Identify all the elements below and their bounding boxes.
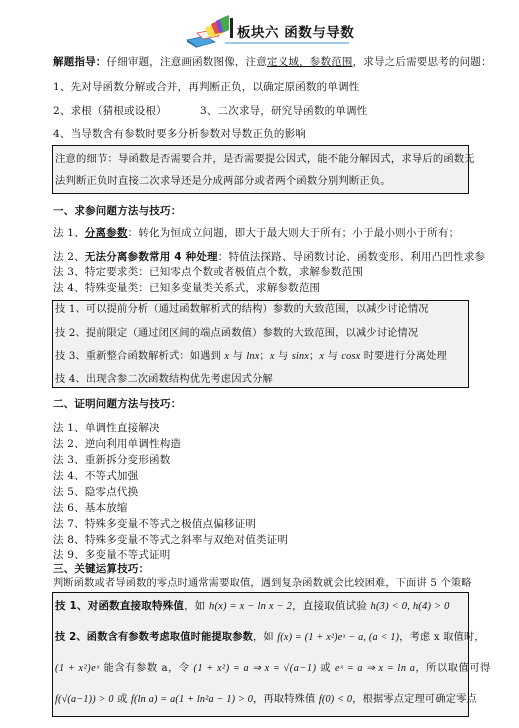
method-2: 法 2、无法分离参数常用 4 种处理：特值法探路、导函数讨论、函数变形、利用凸凹…: [53, 250, 485, 264]
tip3-text: ；: [259, 351, 269, 362]
math-func: lnx: [246, 351, 259, 362]
tip-text: 能含有参数 a，令: [100, 663, 194, 674]
tip3-text: 与: [324, 351, 341, 362]
tip-bold: 技 2、函数含有参数考虑取值时能提取参数: [55, 632, 253, 643]
method-prefix: 法 3、: [53, 266, 85, 278]
proof-method-9: 法 9、多变量不等式证明: [53, 548, 170, 562]
math-expression: h(3) < 0, h(4) > 0: [371, 601, 450, 612]
tip-bold: 技 1、对函数直接取特殊值: [55, 600, 184, 612]
calc-tip-1: 技 1、对函数直接取特殊值，如 h(x) = x − ln x − 2，直接取值…: [55, 599, 450, 614]
math-expression: f(√(a−1)) > 0: [55, 694, 114, 705]
method-prefix: 法 1、: [53, 227, 85, 239]
method-text: 特殊变量类：已知多变量类关系式，求解参数范围: [85, 282, 320, 294]
document-page: 板块六 函数与导数 解题指导：仔细审题，注意画函数图像，注意定义域，参数范围，求…: [0, 0, 519, 728]
guide-label: 解题指导：: [53, 56, 107, 68]
math-expression: f(ln a) = a(1 + ln²a − 1) > 0: [131, 694, 253, 705]
proof-method-5: 法 5、隐零点代换: [53, 485, 138, 499]
guide-item-1: 1、先对导函数分解或合并，再判断正负，以确定原函数的单调性: [53, 80, 359, 94]
guide-item-3: 3、二次求导，研究导函数的单调性: [200, 104, 367, 118]
calc-tip-2-line3: f(√(a−1)) > 0 或 f(ln a) = a(1 + ln²a − 1…: [55, 693, 477, 707]
note-line-2: 法判断正负时直接二次求导还是分成两部分或者两个函数分别判断正负。: [55, 174, 391, 188]
proof-method-7: 法 7、特殊多变量不等式之极值点偏移证明: [53, 517, 256, 531]
tip-text: ，所以取值可得: [415, 663, 491, 674]
tip-text: 或: [317, 663, 335, 674]
math-expression: (1 + x²) = a ⇒ x = √(a−1): [194, 663, 317, 674]
method-bold: 无法分离参数常用 4 种处理: [85, 251, 218, 263]
guide-text-after: ，求导之后需要思考的问题：: [353, 56, 492, 68]
guide-item-2: 2、求根（猜根或设根）: [53, 104, 167, 118]
page-title: 板块六 函数与导数: [237, 21, 354, 41]
tip-text: ，考虑 x 取值时，: [399, 632, 485, 643]
tip-4: 技 4、出现含参二次函数结构优先考虑因式分解: [55, 373, 273, 387]
tip-text: ，如: [253, 632, 277, 643]
tip3-text: 与: [229, 351, 246, 362]
tip-3: 技 3、重新整合函数解析式：如遇到 x 与 lnx；x 与 sinx；x 与 c…: [55, 350, 447, 364]
tip-text: ，直接取值试验: [292, 600, 370, 612]
math-expression: f(x) = (1 + x²)eˣ − a, (a < 1): [277, 632, 399, 643]
note-line-1: 注意的细节：导函数是否需要合并，是否需要提公因式，能不能分解因式，求导后的函数无: [55, 152, 475, 166]
guide-underlined: 定义域，参数范围: [267, 56, 353, 68]
section1-title: 一、求参问题方法与技巧：: [53, 204, 181, 218]
tip3-text: 与: [275, 351, 292, 362]
title-underline: [225, 42, 349, 44]
tip3-text: 技 3、重新整合函数解析式：如遇到: [55, 351, 224, 362]
method-text: ：转化为恒成立问题，即大于最大则大于所有；小于最小则小于所有；: [128, 227, 460, 239]
section-header: 板块六 函数与导数: [185, 14, 355, 48]
method-bold: 分离参数: [85, 227, 128, 239]
proof-method-8: 法 8、特殊多变量不等式之斜率与双绝对值类证明: [53, 533, 288, 547]
method-3: 法 3、特定要求类：已知零点个数或者极值点个数，求解参数范围: [53, 265, 363, 279]
proof-method-6: 法 6、基本放缩: [53, 501, 128, 515]
math-expression: eˣ = a ⇒ x = ln a: [335, 663, 415, 674]
method-text: ：特值法探路、导函数讨论、函数变形、利用凸凹性求参: [218, 251, 486, 263]
guide-line: 解题指导：仔细审题，注意画函数图像，注意定义域，参数范围，求导之后需要思考的问题…: [53, 55, 492, 69]
math-expression: f(0) < 0: [319, 694, 352, 705]
math-func: sinx: [292, 351, 309, 362]
section3-title: 三、关键运算技巧：: [53, 562, 149, 576]
math-expression: (1 + x²)eˣ: [55, 663, 100, 674]
tip-1: 技 1、可以提前分析（通过函数解析式的结构）参数的大致范围，以减少讨论情况: [55, 303, 429, 317]
proof-method-2: 法 2、逆向利用单调性构造: [53, 437, 181, 451]
proof-method-4: 法 4、不等式加强: [53, 469, 138, 483]
proof-method-1: 法 1、单调性直接解决: [53, 421, 160, 435]
method-text: 特定要求类：已知零点个数或者极值点个数，求解参数范围: [85, 266, 363, 278]
guide-item-4: 4、当导数含有参数时要多分析参数对导数正负的影响: [53, 127, 306, 141]
proof-method-3: 法 3、重新拆分变形函数: [53, 453, 170, 467]
math-func: cosx: [341, 351, 360, 362]
method-prefix: 法 2、: [53, 251, 85, 263]
tip-text: ，如: [184, 600, 209, 612]
section3-intro: 判断函数或者导函数的零点时通常需要取值，遇到复杂函数就会比较困难，下面讲 5 个…: [53, 577, 472, 591]
method-1: 法 1、分离参数：转化为恒成立问题，即大于最大则大于所有；小于最小则小于所有；: [53, 226, 459, 240]
tip-2: 技 2、提前限定（通过闭区间的端点函数值）参数的大致范围，以减少讨论情况: [55, 327, 418, 341]
guide-text: 仔细审题，注意画函数图像，注意: [107, 56, 268, 68]
math-expression: h(x) = x − ln x − 2: [209, 601, 292, 612]
calc-tip-2: 技 2、函数含有参数考虑取值时能提取参数，如 f(x) = (1 + x²)eˣ…: [55, 631, 485, 645]
tip-text: 或: [114, 694, 131, 705]
tip3-text: 时要进行分离处理: [360, 351, 447, 362]
method-4: 法 4、特殊变量类：已知多变量类关系式，求解参数范围: [53, 281, 320, 295]
tip-text: ，根据零点定理可确定零点: [352, 694, 477, 705]
tip-text: ，再取特殊值: [253, 694, 319, 705]
method-prefix: 法 4、: [53, 282, 85, 294]
calc-tip-2-line2: (1 + x²)eˣ 能含有参数 a，令 (1 + x²) = a ⇒ x = …: [55, 662, 491, 676]
tip3-text: ；: [309, 351, 319, 362]
section2-title: 二、证明问题方法与技巧：: [53, 397, 181, 411]
